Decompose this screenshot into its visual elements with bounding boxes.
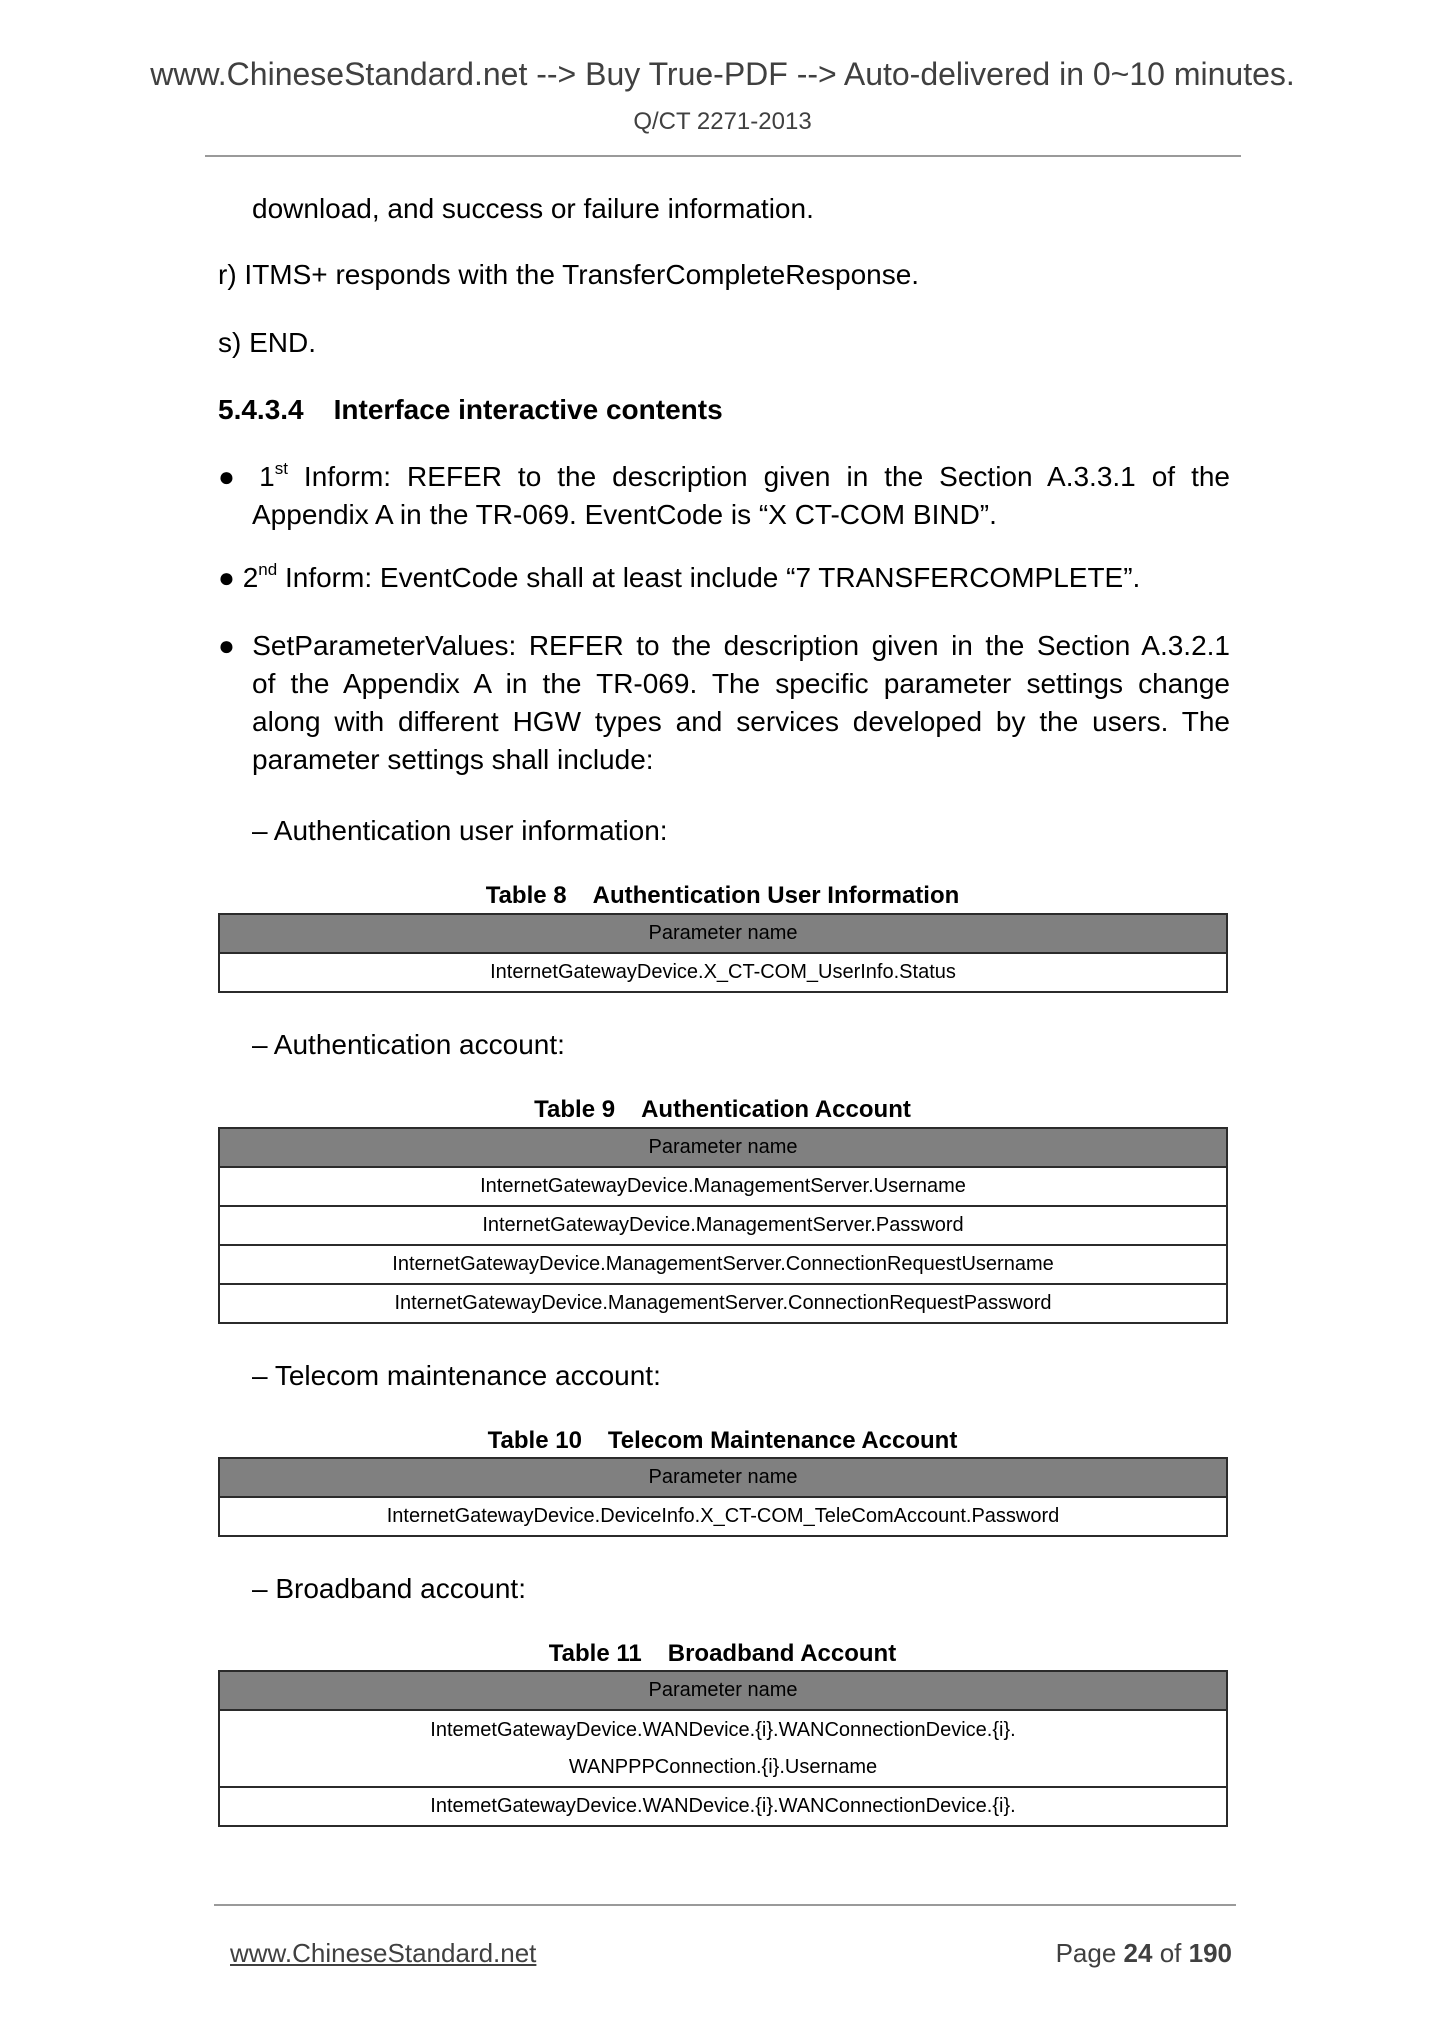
table-11-broadband-account: Parameter name IntemetGatewayDevice.WAND… — [218, 1670, 1228, 1827]
bullet-text: Inform: REFER to the description given i… — [288, 461, 1230, 492]
section-title: Interface interactive contents — [334, 394, 723, 425]
bullet-icon: ● — [218, 461, 243, 492]
bullet-first-inform: ● 1st Inform: REFER to the description g… — [218, 458, 1230, 534]
table-row: InternetGatewayDevice.DeviceInfo.X_CT-CO… — [219, 1497, 1227, 1536]
bullet-icon: ● — [218, 562, 235, 593]
subitem-auth-user-info: – Authentication user information: — [252, 812, 668, 850]
bullet-text-cont: along with different HGW types and servi… — [218, 703, 1230, 741]
bullet-text: SetParameterValues: REFER to the descrip… — [252, 630, 1230, 661]
caption-title: Broadband Account — [668, 1640, 896, 1667]
bullet-text: Inform: EventCode shall at least include… — [277, 562, 1140, 593]
column-header: Parameter name — [219, 1458, 1227, 1497]
bullet-icon: ● — [218, 630, 240, 661]
bullet-second-inform: ● 2nd Inform: EventCode shall at least i… — [218, 559, 1140, 597]
footer-divider — [214, 1904, 1236, 1906]
page-total: 190 — [1189, 1938, 1232, 1968]
table-row: InternetGatewayDevice.ManagementServer.C… — [219, 1245, 1227, 1284]
bullet-text-cont: Appendix A in the TR-069. EventCode is “… — [218, 496, 1230, 534]
ordinal-suffix: nd — [258, 560, 277, 579]
continuation-text: download, and success or failure informa… — [252, 190, 814, 228]
step-s: s) END. — [218, 324, 316, 362]
subitem-telecom-maintenance: – Telecom maintenance account: — [252, 1357, 661, 1395]
table-8-caption: Table 8Authentication User Information — [0, 882, 1445, 910]
bullet-setparametervalues: ● SetParameterValues: REFER to the descr… — [218, 627, 1230, 779]
subitem-broadband-account: – Broadband account: — [252, 1570, 526, 1608]
page-current: 24 — [1124, 1938, 1153, 1968]
table-cell: IntemetGatewayDevice.WANDevice.{i}.WANCo… — [219, 1787, 1227, 1826]
table-row: InternetGatewayDevice.ManagementServer.P… — [219, 1206, 1227, 1245]
table-9-caption: Table 9Authentication Account — [0, 1096, 1445, 1124]
caption-title: Telecom Maintenance Account — [608, 1427, 957, 1454]
table-cell: IntemetGatewayDevice.WANDevice.{i}.WANCo… — [219, 1710, 1227, 1787]
table-9-auth-account: Parameter name InternetGatewayDevice.Man… — [218, 1127, 1228, 1324]
header-divider — [205, 155, 1241, 157]
table-11-caption: Table 11Broadband Account — [0, 1640, 1445, 1668]
table-row: IntemetGatewayDevice.WANDevice.{i}.WANCo… — [219, 1787, 1227, 1826]
column-header: Parameter name — [219, 1671, 1227, 1710]
table-row: InternetGatewayDevice.ManagementServer.C… — [219, 1284, 1227, 1323]
caption-number: Table 11 — [549, 1640, 642, 1667]
bullet-text-cont: parameter settings shall include: — [218, 741, 1230, 779]
document-id: Q/CT 2271-2013 — [0, 108, 1445, 136]
page-of-label: of — [1152, 1938, 1188, 1968]
table-row: InternetGatewayDevice.ManagementServer.U… — [219, 1167, 1227, 1206]
table-cell: InternetGatewayDevice.ManagementServer.P… — [219, 1206, 1227, 1245]
section-number: 5.4.3.4 — [218, 394, 304, 425]
step-r: r) ITMS+ responds with the TransferCompl… — [218, 256, 919, 294]
cell-line: WANPPPConnection.{i}.Username — [220, 1749, 1226, 1786]
cell-line: IntemetGatewayDevice.WANDevice.{i}.WANCo… — [220, 1712, 1226, 1749]
ordinal-suffix: st — [275, 459, 288, 478]
caption-number: Table 10 — [488, 1427, 582, 1454]
ordinal: 2 — [243, 562, 259, 593]
site-banner: www.ChineseStandard.net --> Buy True-PDF… — [0, 56, 1445, 93]
table-cell: InternetGatewayDevice.ManagementServer.U… — [219, 1167, 1227, 1206]
table-10-caption: Table 10Telecom Maintenance Account — [0, 1427, 1445, 1455]
bullet-text-cont: of the Appendix A in the TR-069. The spe… — [218, 665, 1230, 703]
page-indicator: Page 24 of 190 — [1056, 1938, 1232, 1969]
table-10-telecom-maintenance: Parameter name InternetGatewayDevice.Dev… — [218, 1457, 1228, 1537]
table-cell: InternetGatewayDevice.ManagementServer.C… — [219, 1284, 1227, 1323]
table-row: InternetGatewayDevice.X_CT-COM_UserInfo.… — [219, 953, 1227, 992]
table-row: IntemetGatewayDevice.WANDevice.{i}.WANCo… — [219, 1710, 1227, 1787]
table-8-auth-user-info: Parameter name InternetGatewayDevice.X_C… — [218, 913, 1228, 993]
column-header: Parameter name — [219, 1128, 1227, 1167]
footer-site-link[interactable]: www.ChineseStandard.net — [230, 1938, 536, 1969]
section-heading: 5.4.3.4Interface interactive contents — [218, 391, 723, 429]
ordinal: 1 — [259, 461, 275, 492]
page-label: Page — [1056, 1938, 1124, 1968]
table-cell: InternetGatewayDevice.X_CT-COM_UserInfo.… — [219, 953, 1227, 992]
table-cell: InternetGatewayDevice.DeviceInfo.X_CT-CO… — [219, 1497, 1227, 1536]
column-header: Parameter name — [219, 914, 1227, 953]
caption-title: Authentication User Information — [593, 882, 960, 909]
caption-number: Table 8 — [486, 882, 567, 909]
subitem-auth-account: – Authentication account: — [252, 1026, 565, 1064]
caption-title: Authentication Account — [641, 1096, 911, 1123]
table-cell: InternetGatewayDevice.ManagementServer.C… — [219, 1245, 1227, 1284]
caption-number: Table 9 — [534, 1096, 615, 1123]
